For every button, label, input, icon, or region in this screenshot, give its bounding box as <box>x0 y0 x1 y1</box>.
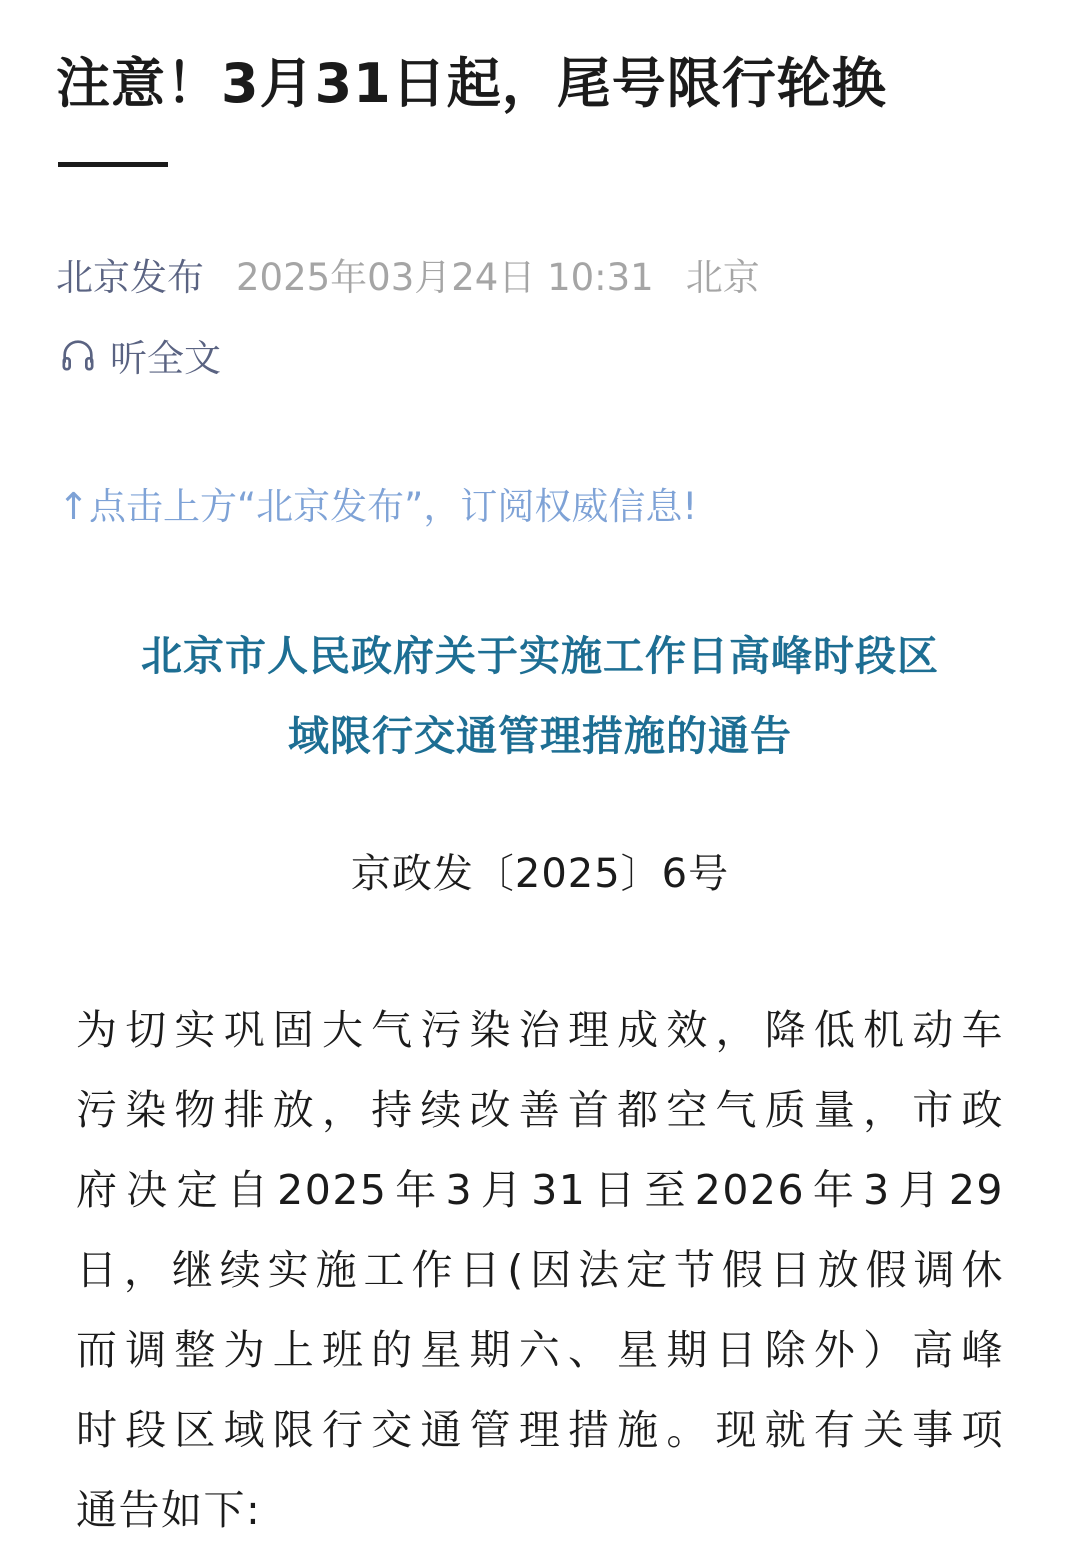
headline-divider <box>58 162 168 167</box>
notice-title-line-2: 域限行交通管理措施的通告 <box>288 712 792 760</box>
body-line: 府决定自2025年3月31日至2026年3月29 <box>76 1150 1004 1230</box>
listen-label: 听全文 <box>110 328 221 382</box>
body-line: 时段区域限行交通管理措施。现就有关事项 <box>76 1390 1004 1470</box>
body-line: 而调整为上班的星期六、星期日除外）高峰 <box>76 1310 1004 1390</box>
body-line: 通告如下: <box>76 1470 1004 1550</box>
headphones-icon <box>58 335 98 375</box>
notice-title: 北京市人民政府关于实施工作日高峰时段区 域限行交通管理措施的通告 <box>60 616 1020 776</box>
body-line: 日，继续实施工作日(因法定节假日放假调休 <box>76 1230 1004 1310</box>
article-headline: 注意！3月31日起，尾号限行轮换 <box>56 44 887 124</box>
body-line: 为切实巩固大气污染治理成效，降低机动车 <box>76 990 1004 1070</box>
publish-location: 北京 <box>686 247 760 301</box>
document-number: 京政发〔2025〕6号 <box>0 846 1080 902</box>
author-link[interactable]: 北京发布 <box>56 247 204 301</box>
body-line: 污染物排放，持续改善首都空气质量，市政 <box>76 1070 1004 1150</box>
notice-title-line-1: 北京市人民政府关于实施工作日高峰时段区 <box>141 632 939 680</box>
listen-full-text-button[interactable]: 听全文 <box>58 330 221 380</box>
subscribe-prompt: ↑点击上方“北京发布”，订阅权威信息! <box>58 480 697 534</box>
publish-date: 2025年03月24日 10:31 <box>236 247 654 301</box>
article-meta: 北京发布 2025年03月24日 10:31 北京 <box>56 248 760 300</box>
body-paragraph: 为切实巩固大气污染治理成效，降低机动车 污染物排放，持续改善首都空气质量，市政 … <box>76 990 1004 1550</box>
